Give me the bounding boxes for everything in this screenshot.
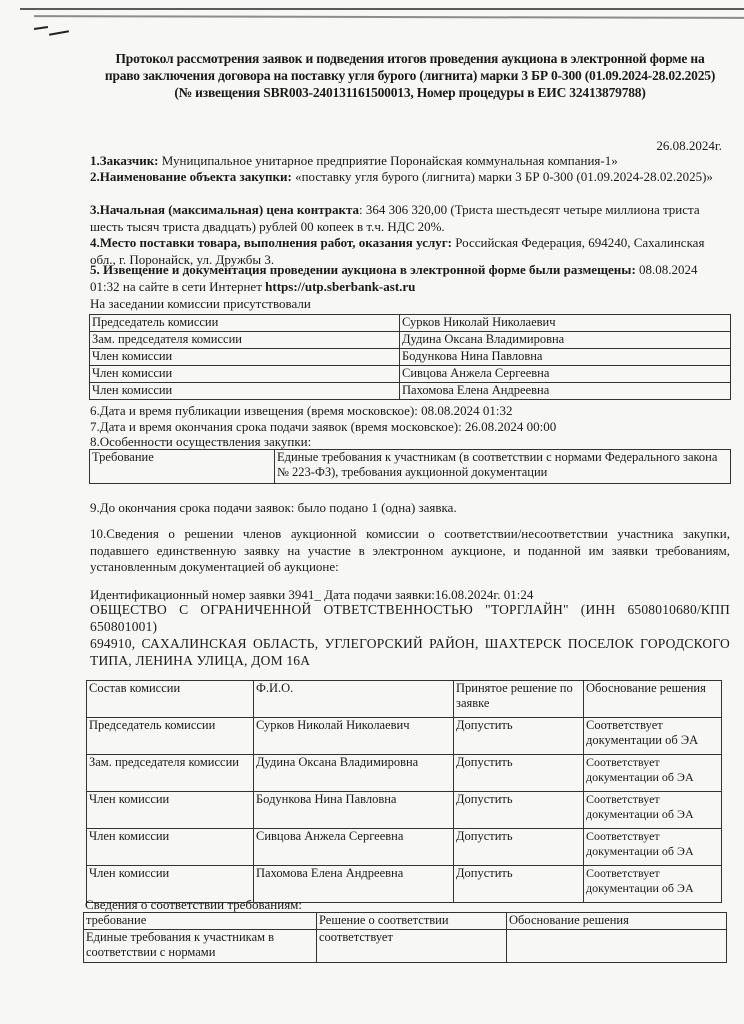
section-label: 4.Место поставки товара, выполнения рабо… xyxy=(90,235,452,250)
role-cell: Зам. председателя комиссии xyxy=(90,332,400,349)
role-cell: Член комиссии xyxy=(90,383,400,400)
name-cell: Дудина Оксана Владимировна xyxy=(254,755,454,792)
table-header-row: требование Решение о соответствии Обосно… xyxy=(84,913,727,930)
table-header-row: Состав комиссии Ф.И.О. Принятое решение … xyxy=(87,681,722,718)
table-row: Член комиссииПахомова Елена Андреевна xyxy=(90,383,731,400)
name-cell: Бодункова Нина Павловна xyxy=(254,792,454,829)
reason-cell: Соответствует документации об ЭА xyxy=(584,792,722,829)
scan-artifact-line xyxy=(34,15,744,19)
header-cell: Принятое решение по заявке xyxy=(454,681,584,718)
table-row: Член комиссии Сивцова Анжела Сергеевна Д… xyxy=(87,829,722,866)
name-cell: Сивцова Анжела Сергеевна xyxy=(254,829,454,866)
role-cell: Зам. председателя комиссии xyxy=(87,755,254,792)
scan-artifact-line xyxy=(20,8,744,10)
table-row: Член комиссии Бодункова Нина Павловна До… xyxy=(87,792,722,829)
commission-decisions-table: Состав комиссии Ф.И.О. Принятое решение … xyxy=(86,680,722,903)
table-row: Требование Единые требования к участника… xyxy=(90,450,731,484)
scan-artifact-mark xyxy=(49,30,69,35)
role-cell: Член комиссии xyxy=(87,829,254,866)
header-cell: Ф.И.О. xyxy=(254,681,454,718)
section-label: 5. Извещение и документация проведении а… xyxy=(90,262,636,277)
decision-cell: Допустить xyxy=(454,718,584,755)
document-date: 26.08.2024г. xyxy=(656,138,722,154)
requirements-table: Требование Единые требования к участника… xyxy=(89,449,731,484)
reason-cell xyxy=(507,930,727,963)
reason-cell: Соответствует документации об ЭА xyxy=(584,718,722,755)
table-row: Председатель комиссииСурков Николай Нико… xyxy=(90,315,731,332)
section-publication-date: 6.Дата и время публикации извещения (вре… xyxy=(90,403,513,419)
site-link[interactable]: https://utp.sberbank-ast.ru xyxy=(265,279,415,294)
section-label: 2.Наименование объекта закупки: xyxy=(90,169,292,184)
decision-cell: соответствует xyxy=(317,930,507,963)
applicant-address: 694910, САХАЛИНСКАЯ ОБЛАСТЬ, УГЛЕГОРСКИЙ… xyxy=(90,636,730,669)
table-row: Зам. председателя комиссииДудина Оксана … xyxy=(90,332,731,349)
section-features-caption: 8.Особенности осуществления закупки: xyxy=(90,434,311,450)
compliance-caption: Сведения о соответствии требованиям: xyxy=(85,897,302,913)
name-cell: Сурков Николай Николаевич xyxy=(400,315,731,332)
section-commission-decision: 10.Сведения о решении членов аукционной … xyxy=(90,526,730,576)
section-notice-publication: 5. Извещение и документация проведении а… xyxy=(90,262,730,295)
role-cell: Член комиссии xyxy=(87,792,254,829)
section-procurement-object: 2.Наименование объекта закупки: «поставк… xyxy=(90,169,730,186)
section-initial-price: 3.Начальная (максимальная) цена контракт… xyxy=(90,202,730,235)
requirement-text-cell: Единые требования к участникам (в соотве… xyxy=(275,450,731,484)
header-cell: Состав комиссии xyxy=(87,681,254,718)
decision-cell: Допустить xyxy=(454,792,584,829)
role-cell: Член комиссии xyxy=(90,366,400,383)
name-cell: Сурков Николай Николаевич xyxy=(254,718,454,755)
section-label: 3.Начальная (максимальная) цена контракт… xyxy=(90,202,359,217)
commission-present-table: Председатель комиссииСурков Николай Нико… xyxy=(89,314,731,400)
table-row: Член комиссииБодункова Нина Павловна xyxy=(90,349,731,366)
decision-cell: Допустить xyxy=(454,829,584,866)
requirement-label-cell: Требование xyxy=(90,450,275,484)
reason-cell: Соответствует документации об ЭА xyxy=(584,866,722,903)
scan-artifact-mark xyxy=(34,26,48,30)
reason-cell: Соответствует документации об ЭА xyxy=(584,829,722,866)
role-cell: Председатель комиссии xyxy=(87,718,254,755)
header-cell: Обоснование решения xyxy=(507,913,727,930)
section-text: Муниципальное унитарное предприятие Поро… xyxy=(159,153,618,168)
compliance-table: требование Решение о соответствии Обосно… xyxy=(83,912,727,963)
name-cell: Дудина Оксана Владимировна xyxy=(400,332,731,349)
decision-cell: Допустить xyxy=(454,755,584,792)
name-cell: Пахомова Елена Андреевна xyxy=(400,383,731,400)
section-applications-count: 9.До окончания срока подачи заявок: было… xyxy=(90,500,457,516)
application-id-line: Идентификационный номер заявки 3941_ Дат… xyxy=(90,587,533,603)
header-cell: требование xyxy=(84,913,317,930)
table-row: Председатель комиссии Сурков Николай Ник… xyxy=(87,718,722,755)
reason-cell: Соответствует документации об ЭА xyxy=(584,755,722,792)
table-row: Зам. председателя комиссии Дудина Оксана… xyxy=(87,755,722,792)
header-cell: Решение о соответствии xyxy=(317,913,507,930)
applicant-company: ОБЩЕСТВО С ОГРАНИЧЕННОЙ ОТВЕТСТВЕННОСТЬЮ… xyxy=(90,602,730,635)
section-deadline: 7.Дата и время окончания срока подачи за… xyxy=(90,419,556,435)
role-cell: Председатель комиссии xyxy=(90,315,400,332)
name-cell: Сивцова Анжела Сергеевна xyxy=(400,366,731,383)
section-text: «поставку угля бурого (лигнита) марки 3 … xyxy=(292,169,713,184)
table-row: Единые требования к участникам в соответ… xyxy=(84,930,727,963)
header-cell: Обоснование решения xyxy=(584,681,722,718)
decision-cell: Допустить xyxy=(454,866,584,903)
table-row: Член комиссииСивцова Анжела Сергеевна xyxy=(90,366,731,383)
document-title: Протокол рассмотрения заявок и подведени… xyxy=(100,50,720,101)
section-label: 1.Заказчик: xyxy=(90,153,159,168)
requirement-cell: Единые требования к участникам в соответ… xyxy=(84,930,317,963)
role-cell: Член комиссии xyxy=(90,349,400,366)
name-cell: Бодункова Нина Павловна xyxy=(400,349,731,366)
section-customer: 1.Заказчик: Муниципальное унитарное пред… xyxy=(90,153,730,170)
commission-present-caption: На заседании комиссии присутствовали xyxy=(90,296,311,312)
